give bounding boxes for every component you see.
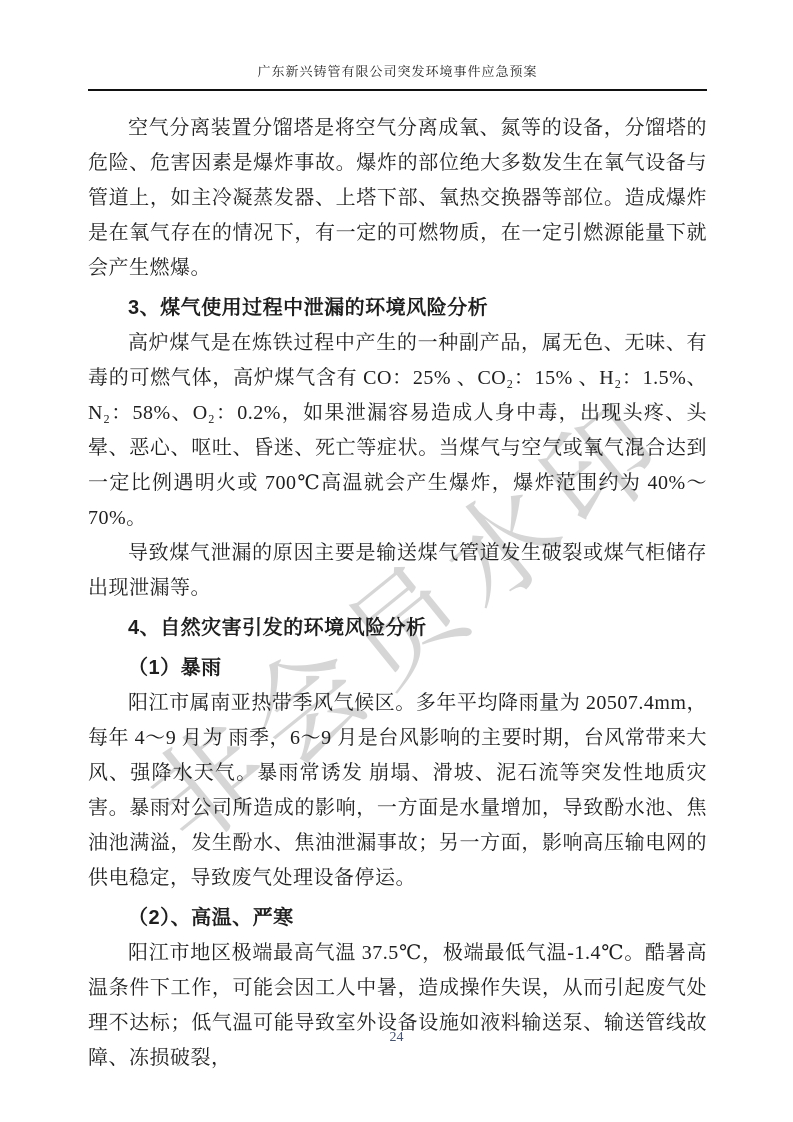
page-number: 24 bbox=[390, 1030, 404, 1045]
page-header: 广东新兴铸管有限公司突发环境事件应急预案 bbox=[88, 62, 707, 91]
paragraph-leak-causes: 导致煤气泄漏的原因主要是输送煤气管道发生破裂或煤气柜储存出现泄漏等。 bbox=[88, 536, 707, 606]
page-footer: 24 bbox=[0, 1028, 793, 1046]
document-body: 空气分离装置分馏塔是将空气分离成氧、氮等的设备，分馏塔的危险、危害因素是爆炸事故… bbox=[88, 111, 707, 1076]
subsection-heading-temperature-extremes: （2）、高温、严寒 bbox=[88, 901, 707, 936]
page-content: 广东新兴铸管有限公司突发环境事件应急预案 空气分离装置分馏塔是将空气分离成氧、氮… bbox=[88, 62, 707, 1076]
paragraph-temperature-impact: 阳江市地区极端最高气温 37.5℃，极端最低气温-1.4℃。酷暑高温条件下工作，… bbox=[88, 936, 707, 1076]
document-page: 非会员水印 广东新兴铸管有限公司突发环境事件应急预案 空气分离装置分馏塔是将空气… bbox=[0, 0, 793, 1122]
paragraph-rainstorm-impact: 阳江市属南亚热带季风气候区。多年平均降雨量为 20507.4mm，每年 4～9 … bbox=[88, 686, 707, 896]
section-heading-natural-disaster-risk: 4、自然灾害引发的环境风险分析 bbox=[88, 611, 707, 646]
section-heading-gas-leak-risk: 3、煤气使用过程中泄漏的环境风险分析 bbox=[88, 291, 707, 326]
header-title: 广东新兴铸管有限公司突发环境事件应急预案 bbox=[88, 62, 707, 81]
subsection-heading-rainstorm: （1）暴雨 bbox=[88, 651, 707, 686]
paragraph-blast-furnace-gas: 高炉煤气是在炼铁过程中产生的一种副产品，属无色、无味、有毒的可燃气体，高炉煤气含… bbox=[88, 326, 707, 536]
paragraph-air-separation: 空气分离装置分馏塔是将空气分离成氧、氮等的设备，分馏塔的危险、危害因素是爆炸事故… bbox=[88, 111, 707, 286]
